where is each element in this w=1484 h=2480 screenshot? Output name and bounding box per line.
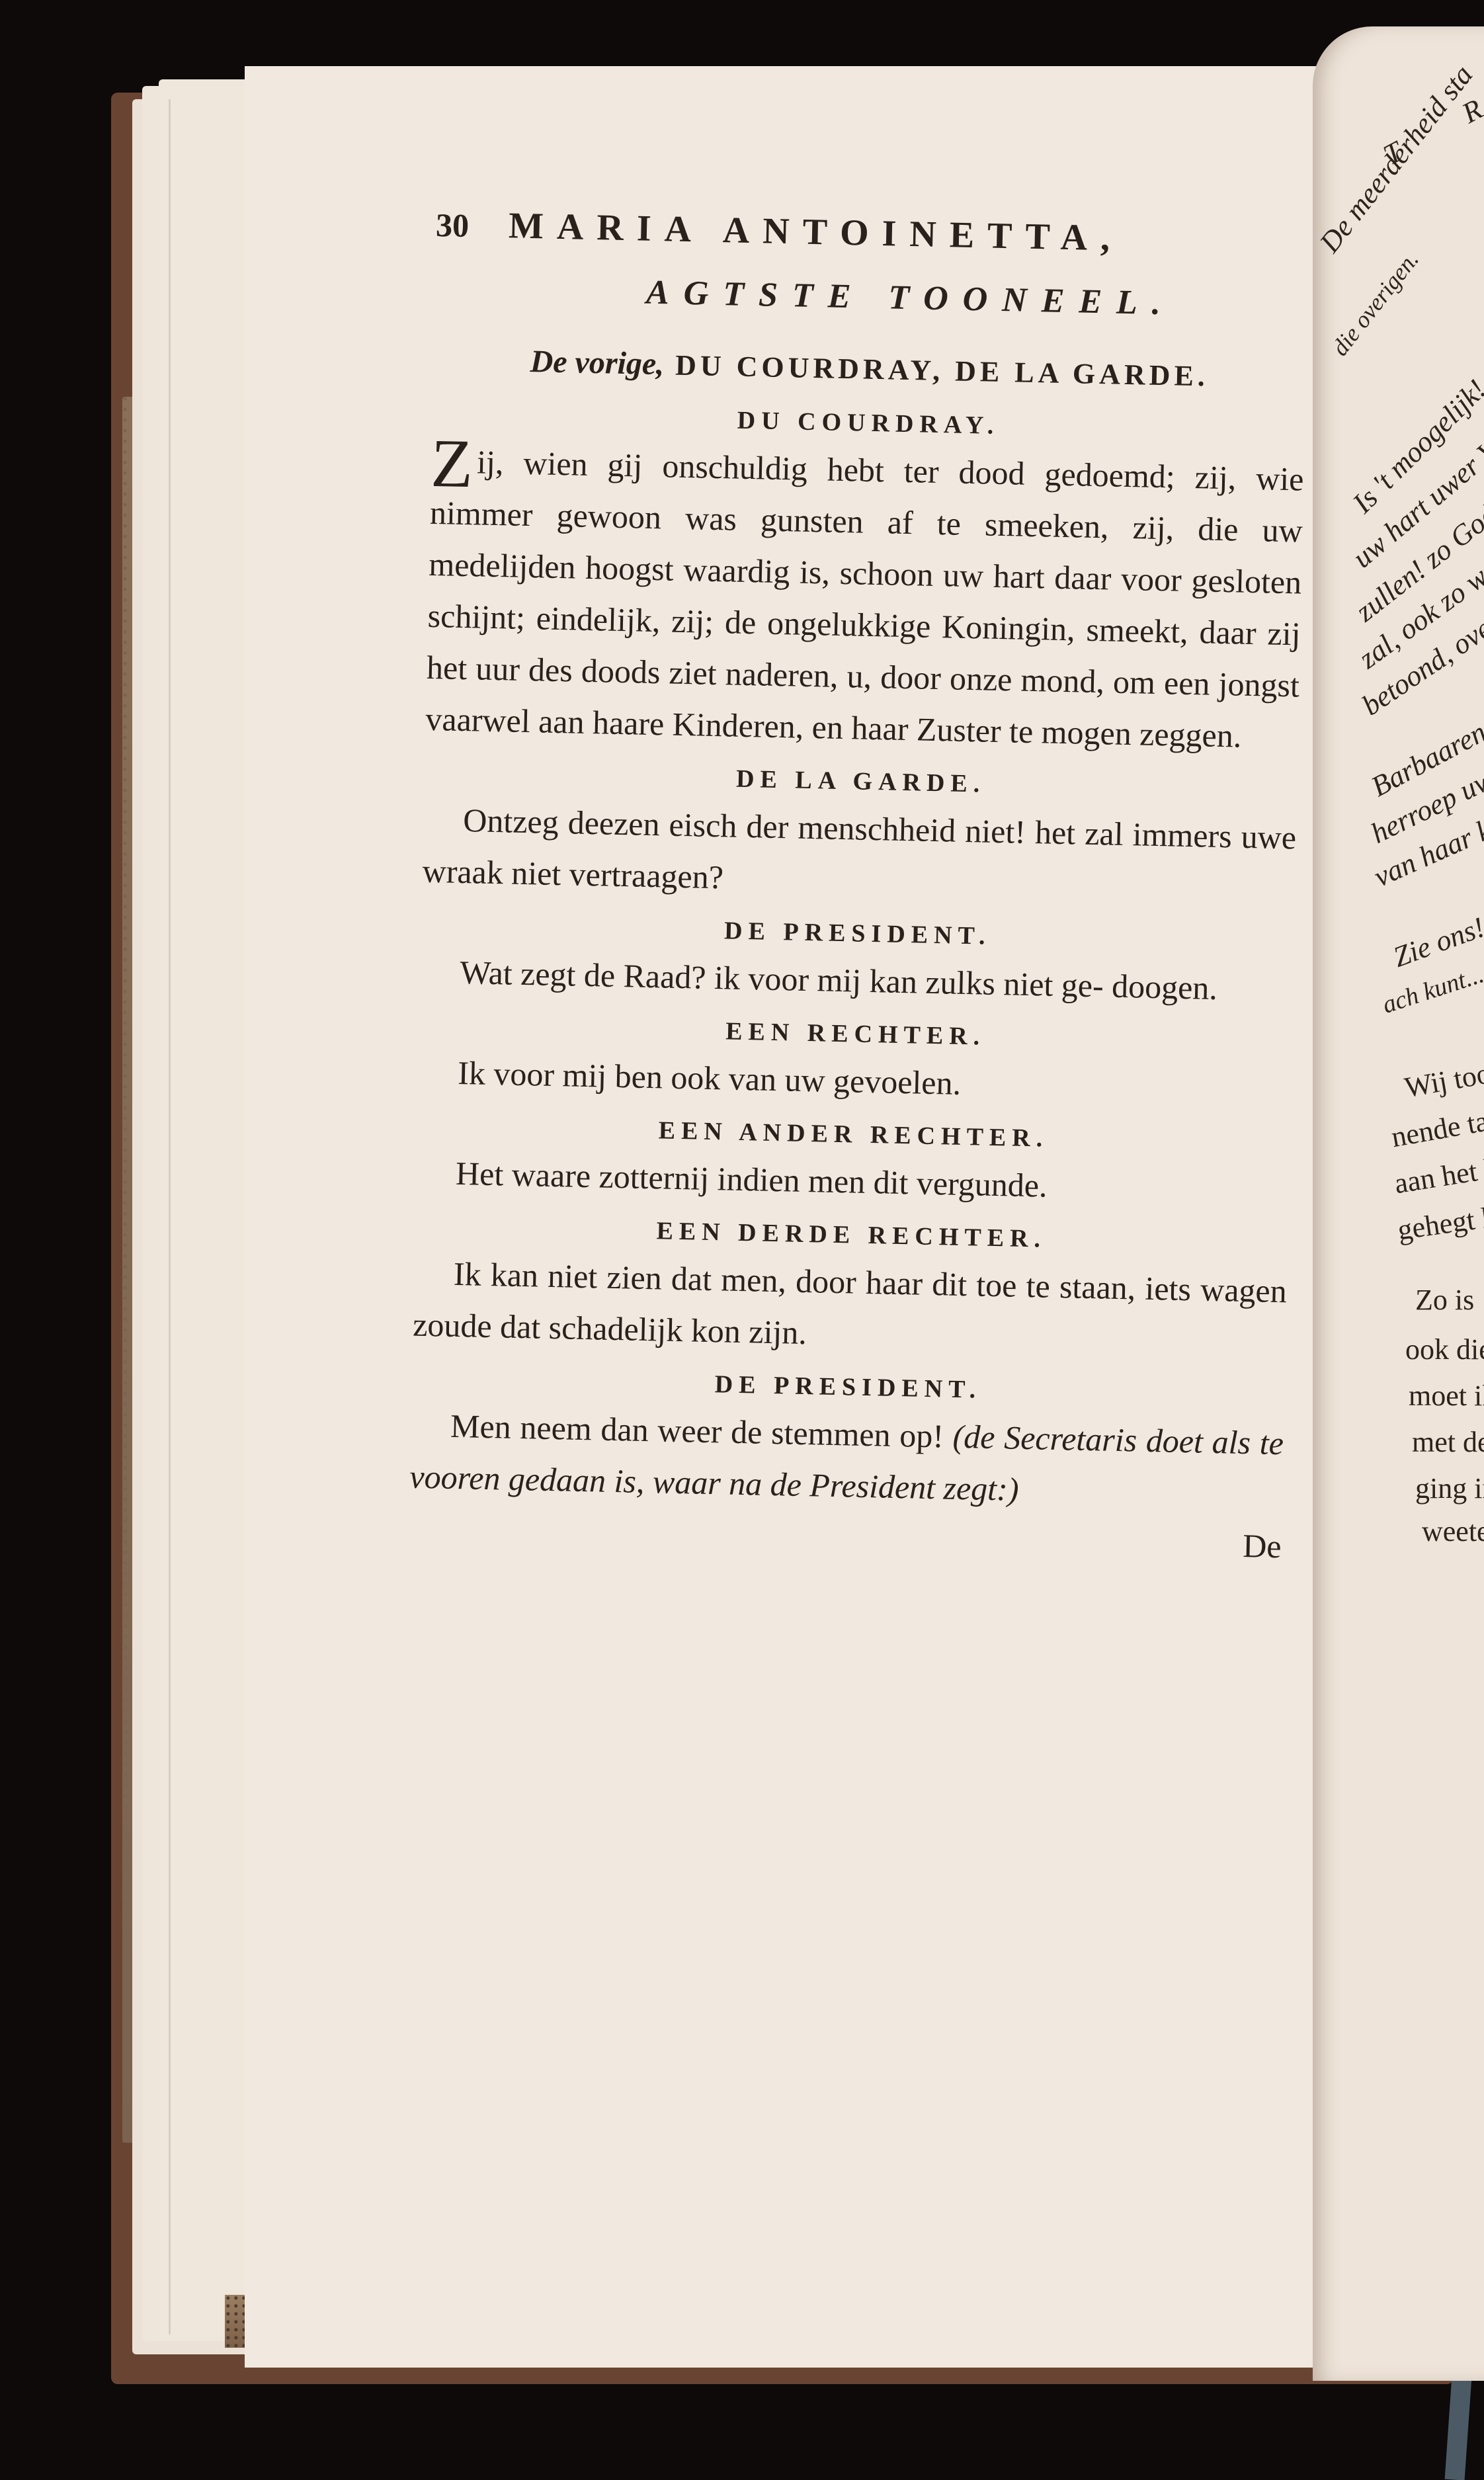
right-line: nende taal [1389, 1100, 1484, 1154]
stage-direction-names: DU COURDRAY, DE LA GARDE. [675, 349, 1210, 393]
speech-line: Ik voor mij ben ook van uw gevoelen. [458, 1054, 962, 1102]
speech: Ontzeg deezen eisch der menschheid niet!… [422, 794, 1297, 915]
right-line: ach kunt.... [1379, 958, 1484, 1020]
right-line: gehegt he [1395, 1198, 1484, 1247]
speech-line: Ik kan niet zien dat men, door haar dit … [453, 1255, 1050, 1305]
speech-line: Ontzeg deezen eisch der menschheid niet!… [463, 802, 1076, 851]
speech-line: doogen. [1112, 968, 1218, 1007]
speech-line: ij, wien gij onschuldig hebt ter dood ge… [477, 443, 1176, 495]
stage-direction-inline: (de Secretaris [952, 1418, 1137, 1459]
stage-direction: De vorige, DU COURDRAY, DE LA GARDE. [433, 334, 1306, 405]
right-line: aan het lot [1392, 1148, 1484, 1200]
speech-line: Wat zegt de Raad? ik voor mij kan zulks … [460, 954, 1104, 1004]
drop-cap: Z [431, 440, 474, 487]
left-page-text: 30 MARIA ANTOINETTA, AGTSTE TOONEEL. De … [408, 198, 1309, 1572]
speech-line: Zuster te mogen zeggen. [916, 710, 1242, 754]
right-line: ging in [1415, 1471, 1484, 1505]
right-page: T R E De meerderheid sta die overigen. I… [1313, 26, 1484, 2381]
right-line: weeten [1422, 1514, 1484, 1548]
right-line: De meerderheid sta [1313, 58, 1479, 259]
speech: Z ij, wien gij onschuldig hebt ter dood … [425, 435, 1305, 763]
speech-line: Het waare zotternij indien men dit vergu… [456, 1155, 1048, 1204]
scene-title: AGTSTE TOONEEL. [513, 264, 1307, 332]
right-line: ook dien [1405, 1333, 1484, 1366]
stage-direction-italic: De vorige, [530, 344, 665, 382]
page-number: 30 [435, 199, 470, 251]
right-line: Wij toon [1402, 1054, 1484, 1104]
right-line: die overigen. [1326, 246, 1424, 361]
right-line: Zo is [1415, 1283, 1474, 1317]
speech: Ik kan niet zien dat men, door haar dit … [413, 1247, 1288, 1369]
speech: Men neem dan weer de stemmen op! (de Sec… [409, 1399, 1284, 1521]
speech-line: Men neem dan weer de stemmen op! [450, 1407, 944, 1455]
right-line: met de [1412, 1425, 1484, 1459]
right-line: moet ik [1409, 1379, 1484, 1413]
speech-line: des doods ziet naderen, u, door onze mon… [528, 651, 1156, 701]
